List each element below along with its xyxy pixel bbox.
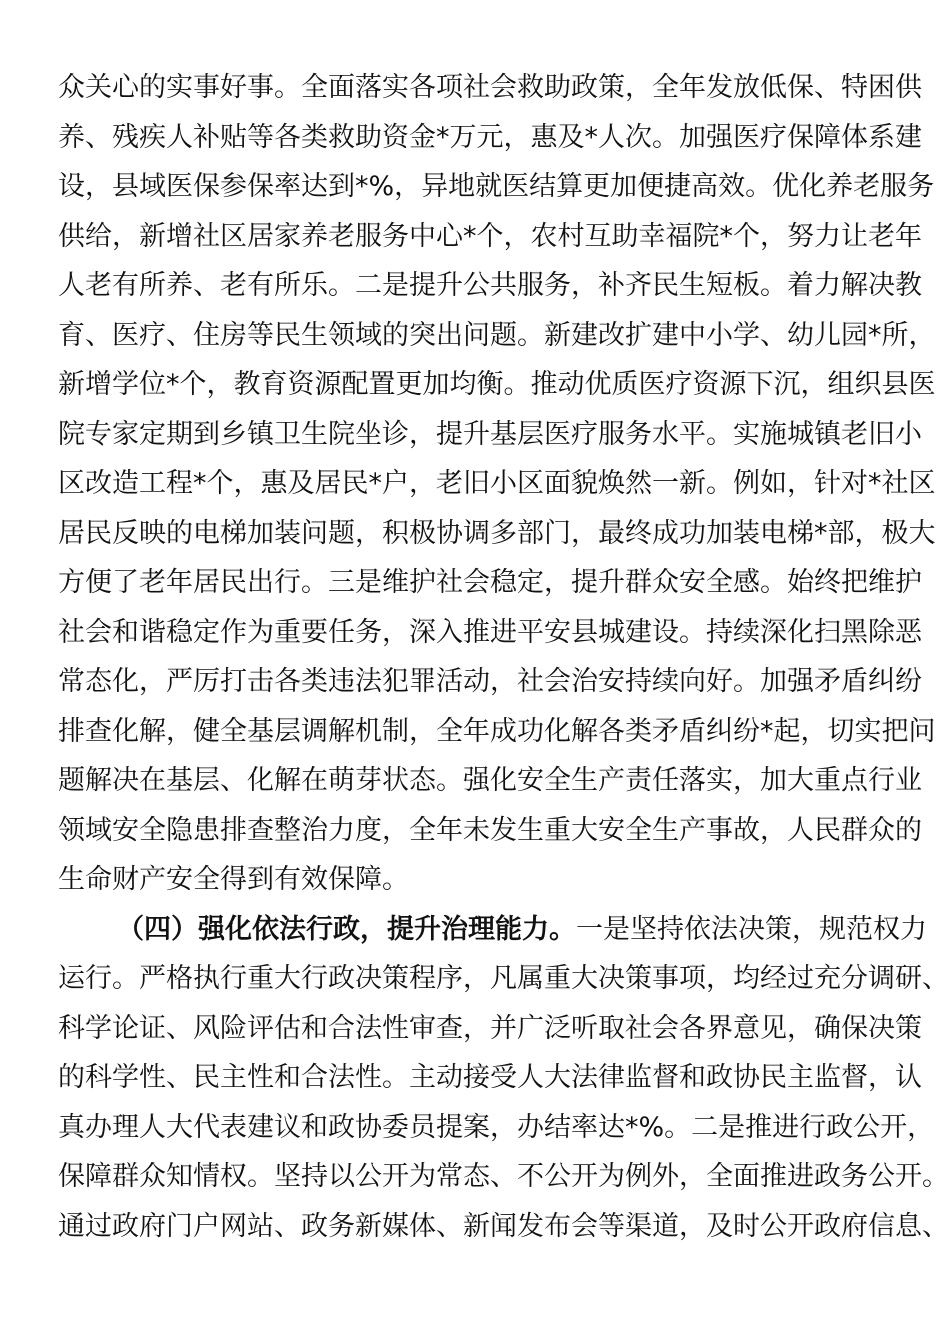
paragraph-line: 生命财产安全得到有效保障。: [58, 860, 893, 900]
paragraph-line: 育、医疗、住房等民生领域的突出问题。新建改扩建中小学、幼儿园*所，: [58, 316, 893, 356]
document-page: 众关心的实事好事。全面落实各项社会救助政策，全年发放低保、特困供 养、残疾人补贴…: [0, 0, 950, 1344]
paragraph-line: 领域安全隐患排查整治力度，全年未发生重大安全生产事故，人民群众的: [58, 811, 893, 851]
paragraph-line: 人老有所养、老有所乐。二是提升公共服务，补齐民生短板。着力解决教: [58, 266, 893, 306]
section-heading: （四）强化依法行政，提升治理能力。: [117, 914, 576, 945]
paragraph-line: 院专家定期到乡镇卫生院坐诊，提升基层医疗服务水平。实施城镇老旧小: [58, 415, 893, 455]
paragraph-line: 常态化，严厉打击各类违法犯罪活动，社会治安持续向好。加强矛盾纠纷: [58, 662, 893, 702]
paragraph-line: 保障群众知情权。坚持以公开为常态、不公开为例外，全面推进政务公开。: [58, 1157, 893, 1197]
paragraph-line: 真办理人大代表建议和政协委员提案，办结率达*%。二是推进行政公开，: [58, 1108, 893, 1148]
paragraph-line: 居民反映的电梯加装问题，积极协调多部门，最终成功加装电梯*部，极大: [58, 514, 893, 554]
paragraph-line: 新增学位*个，教育资源配置更加均衡。推动优质医疗资源下沉，组织县医: [58, 365, 893, 405]
section-first-line-text: 一是坚持依法决策，规范权力: [576, 914, 927, 945]
paragraph-line: 方便了老年居民出行。三是维护社会稳定，提升群众安全感。始终把维护: [58, 563, 893, 603]
paragraph-line: 社会和谐稳定作为重要任务，深入推进平安县城建设。持续深化扫黑除恶: [58, 613, 893, 653]
paragraph-line: 题解决在基层、化解在萌芽状态。强化安全生产责任落实，加大重点行业: [58, 761, 893, 801]
paragraph-line: 排查化解，健全基层调解机制，全年成功化解各类矛盾纠纷*起，切实把问: [58, 712, 893, 752]
paragraph-line: 通过政府门户网站、政务新媒体、新闻发布会等渠道，及时公开政府信息、: [58, 1207, 893, 1247]
paragraph-line: 设，县域医保参保率达到*%，异地就医结算更加便捷高效。优化养老服务: [58, 167, 893, 207]
paragraph-line: 养、残疾人补贴等各类救助资金*万元，惠及*人次。加强医疗保障体系建: [58, 118, 893, 158]
paragraph-line: 供给，新增社区居家养老服务中心*个，农村互助幸福院*个，努力让老年: [58, 217, 893, 257]
paragraph-line: 科学论证、风险评估和合法性审查，并广泛听取社会各界意见，确保决策: [58, 1009, 893, 1049]
paragraph-line: 运行。严格执行重大行政决策程序，凡属重大决策事项，均经过充分调研、: [58, 959, 893, 999]
paragraph-line: 的科学性、民主性和合法性。主动接受人大法律监督和政协民主监督，认: [58, 1058, 893, 1098]
section-heading-line: （四）强化依法行政，提升治理能力。一是坚持依法决策，规范权力: [117, 910, 893, 950]
paragraph-line: 区改造工程*个，惠及居民*户，老旧小区面貌焕然一新。例如，针对*社区: [58, 464, 893, 504]
paragraph-line: 众关心的实事好事。全面落实各项社会救助政策，全年发放低保、特困供: [58, 68, 893, 108]
